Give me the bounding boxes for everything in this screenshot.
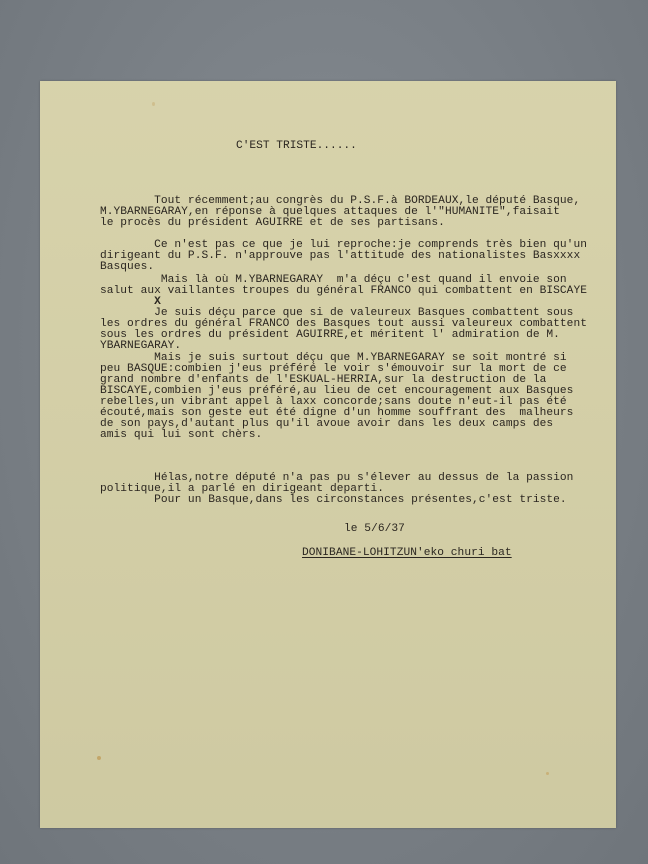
paragraph-5-line-8: amis qui lui sont chèrs. <box>100 430 262 441</box>
document-title: C'EST TRISTE...... <box>236 140 357 152</box>
foxing-stain <box>546 772 549 775</box>
typewritten-letter-page <box>40 81 616 828</box>
paragraph-1-line-3: le procès du président AGUIRRE et de ses… <box>100 218 445 229</box>
paragraph-2-line-2: dirigeant du P.S.F. n'approuve pas l'att… <box>100 251 580 262</box>
foxing-stain <box>97 756 101 760</box>
paragraph-6-line-3: Pour un Basque,dans les circonstances pr… <box>100 495 567 506</box>
paragraph-2-line-3: Basques. <box>100 262 154 273</box>
letter-signature: DONIBANE-LOHITZUN'eko churi bat <box>302 548 512 559</box>
foxing-stain <box>152 102 155 106</box>
letter-date: le 5/6/37 <box>344 524 405 535</box>
paragraph-3-line-2: salut aux vaillantes troupes du général … <box>100 286 587 297</box>
paragraph-4-line-4: YBARNEGARAY. <box>100 341 181 352</box>
